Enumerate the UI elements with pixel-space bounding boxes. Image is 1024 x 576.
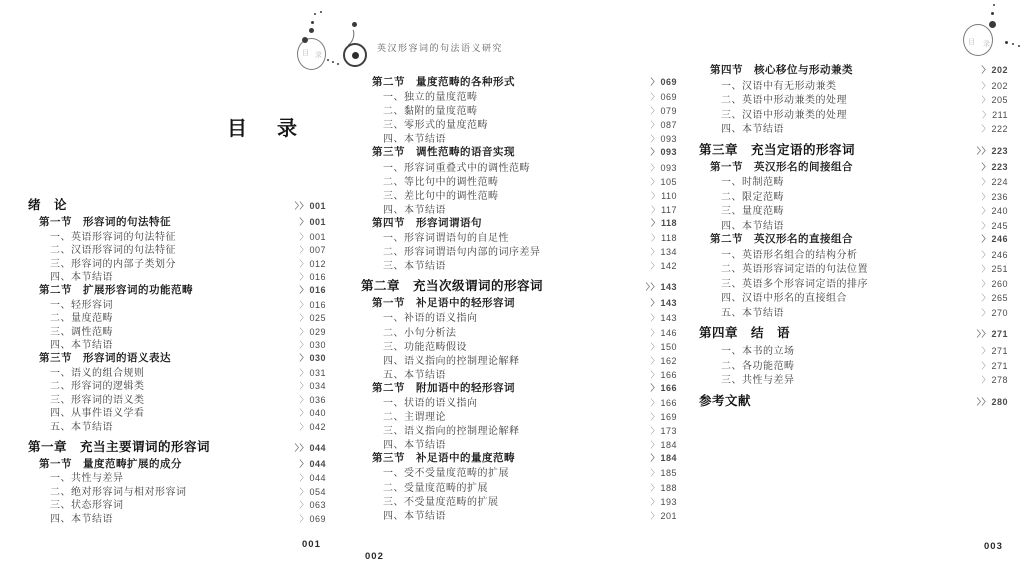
toc-entry-page-number: 〉184 — [650, 452, 677, 464]
leader-chevron-icon: 〉 — [650, 261, 659, 271]
toc-entry-label: 第二节 英汉形名的直接组合 — [710, 231, 853, 246]
toc-entry: 四、本节结语〉016 — [28, 268, 326, 282]
toc-entry: 一、汉语中有无形动兼类〉202 — [699, 77, 1008, 92]
toc-entry-page-number: 〉031 — [299, 367, 326, 379]
toc-entry: 一、英语形容词的句法特征〉001 — [28, 228, 326, 242]
toc-entry-page-number: 〉016 — [299, 271, 326, 283]
toc-entry: 三、不受量度范畴的扩展〉193 — [361, 493, 677, 507]
toc-entry: 二、限定范畴〉236 — [699, 188, 1008, 203]
toc-entry-page-number: 〉143 — [650, 297, 677, 309]
toc-entry: 一、状语的语义指向〉166 — [361, 394, 677, 408]
toc-entry: 一、本书的立场〉271 — [699, 342, 1008, 357]
toc-entry-page-number: 〉271 — [981, 345, 1008, 357]
toc-entry-label: 四、本节结语 — [721, 120, 784, 135]
toc-entry-page-number: 〉110 — [651, 190, 677, 202]
dot-ornament — [314, 13, 316, 15]
toc-entry-page-number: 〉〉223 — [977, 145, 1008, 157]
leader-chevron-icon: 〉 — [981, 279, 990, 289]
toc-entry: 四、语义指向的控制理论解释〉162 — [361, 352, 677, 366]
toc-entry-page-number: 〉222 — [981, 123, 1008, 135]
toc-entry: 二、形容词谓语句内部的词序差异〉134 — [361, 243, 677, 257]
dot-ornament — [1018, 45, 1020, 47]
toc-entry: 二、受量度范畴的扩展〉188 — [361, 479, 677, 493]
toc-entry-page-number: 〉150 — [650, 341, 677, 353]
leader-chevron-icon: 〉 — [651, 205, 660, 215]
toc-entry-page-number: 〉205 — [981, 94, 1008, 106]
toc-entry-page-number: 〉146 — [650, 327, 677, 339]
toc-entry-label: 第一节 英汉形名的间接组合 — [710, 159, 853, 174]
toc-entry-page-number: 〉001 — [299, 231, 326, 243]
toc-entry: 第三章 充当定语的形容词〉〉223 — [699, 140, 1008, 156]
toc-entry-page-number: 〉202 — [981, 80, 1008, 92]
toc-entry-label: 第四节 形容词谓语句 — [372, 215, 482, 230]
toc-entry: 一、形容词重叠式中的调性范畴〉093 — [361, 159, 677, 173]
toc-entry-label: 五、本节结语 — [50, 418, 113, 433]
leader-chevron-icon: 〉 — [650, 483, 659, 493]
toc-entry: 第三节 调性范畴的语音实现〉093 — [361, 144, 677, 158]
toc-entry: 三、语义指向的控制理论解释〉173 — [361, 422, 677, 436]
toc-entry: 第二节 扩展形容词的功能范畴〉016 — [28, 282, 326, 296]
toc-entry: 四、本节结语〉245 — [699, 217, 1008, 232]
toc-entry: 一、形容词谓语句的自足性〉118 — [361, 229, 677, 243]
toc-entry-page-number: 〉054 — [299, 486, 326, 498]
leader-chevron-icon: 〉 — [981, 264, 990, 274]
leader-chevron-icon: 〉 — [650, 342, 659, 352]
toc-entry: 三、共性与差异〉278 — [699, 371, 1008, 386]
toc-entry: 三、形容词的语义类〉036 — [28, 391, 326, 405]
toc-entry: 二、小句分析法〉146 — [361, 324, 677, 338]
toc-entry-label: 四、本节结语 — [721, 217, 784, 232]
leader-chevron-icon: 〉 — [650, 453, 659, 463]
toc-entry-page-number: 〉〉280 — [977, 396, 1008, 408]
toc-entry-label: 三、量度范畴 — [721, 202, 784, 217]
leader-chevron-icon: 〉 — [651, 233, 660, 243]
toc-entry-label: 三、语义指向的控制理论解释 — [383, 422, 520, 437]
toc-entry: 一、共性与差异〉044 — [28, 469, 326, 483]
leader-chevron-icon: 〉 — [299, 459, 308, 469]
toc-entry-page-number: 〉069 — [650, 76, 677, 88]
toc-entry: 二、英语中形动兼类的处理〉205 — [699, 91, 1008, 106]
toc-entry: 三、差比句中的调性范畴〉110 — [361, 187, 677, 201]
leader-chevron-icon: 〉 — [981, 177, 990, 187]
toc-entry-label: 第三节 调性范畴的语音实现 — [372, 144, 515, 159]
leader-chevron-icon: 〉 — [299, 368, 308, 378]
leader-chevron-icon: 〉 — [299, 353, 308, 363]
leader-chevron-icon: 〉 — [299, 395, 308, 405]
leader-chevron-icon: 〉 — [981, 192, 990, 202]
toc-entry-page-number: 〉030 — [299, 339, 326, 351]
leader-chevron-icon: 〉 — [650, 370, 659, 380]
toc-entry-page-number: 〉278 — [981, 374, 1008, 386]
toc-entry: 二、黏附的量度范畴〉079 — [361, 102, 677, 116]
toc-title: 目 录 — [227, 112, 302, 141]
toc-entry: 二、英语形容词定语的句法位置〉251 — [699, 260, 1008, 275]
toc-entry-page-number: 〉245 — [981, 220, 1008, 232]
toc-entry: 三、状态形容词〉063 — [28, 496, 326, 510]
leader-chevron-icon: 〉 — [650, 147, 659, 157]
toc-entry-page-number: 〉093 — [650, 162, 677, 174]
leader-chevron-icon: 〉 — [981, 293, 990, 303]
toc-entry: 三、零形式的量度范畴〉087 — [361, 116, 677, 130]
toc-entry-page-number: 〉034 — [299, 380, 326, 392]
leader-chevron-icon: 〉 — [299, 381, 308, 391]
leader-chevron-icon: 〉 — [650, 163, 659, 173]
leader-chevron-icon: 〉 — [981, 308, 990, 318]
toc-entry-page-number: 〉016 — [299, 284, 326, 296]
toc-entry-label: 一、受不受量度范畴的扩展 — [383, 464, 509, 479]
toc-entry-page-number: 〉166 — [650, 369, 677, 381]
leader-chevron-icon: 〉 — [299, 300, 308, 310]
leader-chevron-icon: 〉 — [650, 77, 659, 87]
toc-column-page-001: 绪 论〉〉001第一节 形容词的句法特征〉001一、英语形容词的句法特征〉001… — [28, 190, 326, 523]
toc-entry: 二、主谓理论〉169 — [361, 408, 677, 422]
leader-chevron-icon: 〉 — [981, 361, 990, 371]
page-number: 002 — [365, 551, 384, 562]
page-number: 003 — [984, 541, 1003, 552]
toc-entry-page-number: 〉〉271 — [977, 328, 1008, 340]
leader-chevron-icon: 〉 — [650, 426, 659, 436]
leader-chevron-icon: 〉 — [299, 217, 308, 227]
toc-entry: 二、形容词的逻辑类〉034 — [28, 377, 326, 391]
dot-ornament — [302, 37, 308, 43]
toc-entry-page-number: 〉〉044 — [295, 442, 326, 454]
toc-entry-page-number: 〉224 — [981, 176, 1008, 188]
toc-entry-page-number: 〉143 — [650, 312, 677, 324]
leader-chevron-icon: 〉〉 — [977, 329, 991, 339]
toc-entry: 一、英语形名组合的结构分析〉246 — [699, 246, 1008, 261]
toc-spread: 目 录 英汉形容词的句法语义研究 目 录 目 录 绪 论〉〉001第一节 形容词… — [0, 0, 1024, 576]
toc-entry-page-number: 〉105 — [650, 176, 677, 188]
toc-entry: 第一节 英汉形名的间接组合〉223 — [699, 159, 1008, 174]
dot-ornament — [309, 28, 314, 33]
toc-entry-label: 五、本节结语 — [383, 366, 446, 381]
toc-entry-page-number: 〉044 — [299, 472, 326, 484]
toc-entry-page-number: 〉117 — [651, 204, 677, 216]
toc-entry-page-number: 〉〉143 — [646, 281, 677, 293]
leader-chevron-icon: 〉 — [650, 383, 659, 393]
toc-entry-page-number: 〉236 — [981, 191, 1008, 203]
toc-entry-page-number: 〉142 — [650, 260, 677, 272]
toc-entry-label: 一、独立的量度范畴 — [383, 88, 478, 103]
leader-chevron-icon: 〉 — [299, 422, 308, 432]
toc-entry: 第三节 补足语中的量度范畴〉184 — [361, 450, 677, 464]
toc-entry-page-number: 〉169 — [650, 411, 677, 423]
toc-entry: 四、汉语中形名的直接组合〉265 — [699, 289, 1008, 304]
toc-entry-page-number: 〉166 — [650, 382, 677, 394]
leader-chevron-icon: 〉〉 — [295, 201, 309, 211]
toc-entry-label: 四、语义指向的控制理论解释 — [383, 352, 520, 367]
toc-entry: 第一章 充当主要谓词的形容词〉〉044 — [28, 437, 326, 453]
toc-entry: 一、语义的组合规则〉031 — [28, 364, 326, 378]
toc-entry-label: 二、英语中形动兼类的处理 — [721, 91, 847, 106]
toc-entry-label: 二、受量度范畴的扩展 — [383, 479, 488, 494]
leader-chevron-icon: 〉 — [651, 191, 660, 201]
toc-entry-page-number: 〉270 — [981, 307, 1008, 319]
toc-entry-label: 三、汉语中形动兼类的处理 — [721, 106, 847, 121]
leader-chevron-icon: 〉 — [982, 110, 991, 120]
toc-entry-label: 二、限定范畴 — [721, 188, 784, 203]
toc-entry-label: 第四节 核心移位与形动兼类 — [710, 62, 853, 77]
dot-ornament — [320, 11, 322, 13]
toc-entry: 四、本节结语〉030 — [28, 336, 326, 350]
toc-entry-page-number: 〉044 — [299, 458, 326, 470]
dot-ornament — [1012, 43, 1014, 45]
leader-chevron-icon: 〉 — [981, 375, 990, 385]
toc-entry-label: 三、共性与差异 — [721, 371, 795, 386]
leader-chevron-icon: 〉 — [981, 124, 990, 134]
toc-entry-page-number: 〉093 — [650, 146, 677, 158]
toc-entry-page-number: 〉223 — [981, 161, 1008, 173]
toc-entry-page-number: 〉271 — [981, 360, 1008, 372]
leader-chevron-icon: 〉 — [650, 134, 659, 144]
toc-entry: 二、等比句中的调性范畴〉105 — [361, 173, 677, 187]
leader-chevron-icon: 〉 — [299, 259, 308, 269]
toc-entry: 第四节 形容词谓语句〉118 — [361, 215, 677, 229]
toc-entry-label: 参考文献 — [699, 391, 751, 409]
toc-entry: 一、时制范畴〉224 — [699, 173, 1008, 188]
toc-entry-page-number: 〉202 — [981, 64, 1008, 76]
running-header: 英汉形容词的句法语义研究 — [377, 41, 503, 54]
toc-entry: 四、从事件语义学看〉040 — [28, 404, 326, 418]
toc-entry: 四、本节结语〉117 — [361, 201, 677, 215]
dot-ornament — [1005, 41, 1008, 44]
toc-entry: 二、量度范畴〉025 — [28, 309, 326, 323]
toc-entry-label: 第二节 量度范畴的各种形式 — [372, 74, 515, 89]
leader-chevron-icon: 〉 — [650, 356, 659, 366]
toc-entry-page-number: 〉173 — [650, 425, 677, 437]
toc-entry: 二、汉语形容词的句法特征〉007 — [28, 241, 326, 255]
toc-entry: 第二节 量度范畴的各种形式〉069 — [361, 74, 677, 88]
toc-entry-page-number: 〉012 — [299, 258, 326, 270]
toc-entry-page-number: 〉079 — [650, 105, 677, 117]
leader-chevron-icon: 〉 — [299, 340, 308, 350]
toc-entry-page-number: 〉029 — [299, 326, 326, 338]
leader-chevron-icon: 〉 — [650, 412, 659, 422]
toc-entry-label: 二、英语形容词定语的句法位置 — [721, 260, 868, 275]
logo-glyph: 录 — [315, 52, 322, 59]
toc-entry: 三、形容词的内部子类划分〉012 — [28, 255, 326, 269]
toc-entry-page-number: 〉093 — [650, 133, 677, 145]
toc-entry-page-number: 〉251 — [981, 263, 1008, 275]
toc-entry-label: 一、形容词重叠式中的调性范畴 — [383, 159, 530, 174]
leader-chevron-icon: 〉〉 — [977, 146, 991, 156]
toc-entry: 三、调性范畴〉029 — [28, 323, 326, 337]
toc-entry-page-number: 〉042 — [299, 421, 326, 433]
toc-entry: 四、本节结语〉069 — [28, 510, 326, 524]
leader-chevron-icon: 〉 — [650, 468, 659, 478]
toc-entry-label: 第三节 补足语中的量度范畴 — [372, 450, 515, 465]
toc-entry-page-number: 〉087 — [650, 119, 677, 131]
leader-chevron-icon: 〉 — [981, 250, 990, 260]
toc-entry: 一、补语的语义指向〉143 — [361, 309, 677, 323]
toc-entry-page-number: 〉〉001 — [295, 200, 326, 212]
toc-entry-page-number: 〉240 — [981, 205, 1008, 217]
toc-entry-page-number: 〉134 — [650, 246, 677, 258]
leader-chevron-icon: 〉 — [650, 177, 659, 187]
toc-entry-page-number: 〉069 — [650, 91, 677, 103]
toc-entry: 第二节 英汉形名的直接组合〉246 — [699, 231, 1008, 246]
toc-entry: 三、功能范畴假设〉150 — [361, 338, 677, 352]
toc-entry-label: 四、本节结语 — [383, 507, 446, 522]
toc-entry-page-number: 〉193 — [650, 496, 677, 508]
leader-chevron-icon: 〉 — [299, 500, 308, 510]
dot-ornament — [327, 59, 329, 61]
toc-entry-label: 二、等比句中的调性范畴 — [383, 173, 499, 188]
toc-entry: 第一节 形容词的句法特征〉001 — [28, 214, 326, 228]
logo-glyph: 录 — [983, 41, 990, 48]
toc-entry-page-number: 〉025 — [299, 312, 326, 324]
toc-entry-page-number: 〉211 — [982, 109, 1008, 121]
toc-entry-page-number: 〉188 — [650, 482, 677, 494]
leader-chevron-icon: 〉 — [981, 81, 990, 91]
toc-entry: 一、独立的量度范畴〉069 — [361, 88, 677, 102]
dot-ornament — [332, 61, 334, 63]
toc-entry-label: 三、本节结语 — [383, 257, 446, 272]
toc-entry: 参考文献〉〉280 — [699, 391, 1008, 407]
leader-chevron-icon: 〉 — [650, 328, 659, 338]
toc-entry-label: 三、英语多个形容词定语的排序 — [721, 275, 868, 290]
logo-glyph: 目 — [302, 50, 309, 57]
toc-entry-page-number: 〉166 — [650, 397, 677, 409]
toc-entry: 三、汉语中形动兼类的处理〉211 — [699, 106, 1008, 121]
toc-entry-page-number: 〉063 — [299, 499, 326, 511]
toc-entry-label: 一、时制范畴 — [721, 173, 784, 188]
dot-ornament — [311, 21, 314, 24]
toc-entry: 四、本节结语〉201 — [361, 507, 677, 521]
toc-entry: 四、本节结语〉222 — [699, 120, 1008, 135]
toc-entry-label: 四、本节结语 — [383, 436, 446, 451]
leader-chevron-icon: 〉 — [299, 313, 308, 323]
logo-glyph: 目 — [968, 39, 975, 46]
toc-entry-label: 第一章 充当主要谓词的形容词 — [28, 437, 210, 455]
toc-entry-page-number: 〉260 — [981, 278, 1008, 290]
toc-entry: 一、轻形容词〉016 — [28, 296, 326, 310]
toc-entry-page-number: 〉016 — [299, 299, 326, 311]
toc-entry-label: 二、形容词谓语句内部的词序差异 — [383, 243, 541, 258]
toc-entry: 三、英语多个形容词定语的排序〉260 — [699, 275, 1008, 290]
toc-entry-page-number: 〉030 — [299, 352, 326, 364]
toc-entry: 五、本节结语〉270 — [699, 304, 1008, 319]
toc-entry-page-number: 〉185 — [650, 467, 677, 479]
toc-column-page-002: 第二节 量度范畴的各种形式〉069一、独立的量度范畴〉069二、黏附的量度范畴〉… — [361, 74, 677, 521]
leader-chevron-icon: 〉 — [650, 398, 659, 408]
toc-entry-page-number: 〉007 — [299, 244, 326, 256]
leader-chevron-icon: 〉〉 — [646, 282, 660, 292]
toc-entry: 五、本节结语〉166 — [361, 366, 677, 380]
toc-entry-label: 第二节 附加语中的轻形容词 — [372, 380, 515, 395]
toc-entry-label: 二、黏附的量度范畴 — [383, 102, 478, 117]
leader-chevron-icon: 〉 — [650, 497, 659, 507]
leader-chevron-icon: 〉 — [651, 218, 660, 228]
leader-chevron-icon: 〉 — [299, 487, 308, 497]
toc-entry-label: 第一节 补足语中的轻形容词 — [372, 295, 515, 310]
toc-entry-page-number: 〉201 — [650, 510, 677, 522]
toc-entry-label: 一、形容词谓语句的自足性 — [383, 229, 509, 244]
leader-chevron-icon: 〉 — [299, 514, 308, 524]
toc-entry: 一、受不受量度范畴的扩展〉185 — [361, 464, 677, 478]
leader-chevron-icon: 〉 — [299, 232, 308, 242]
toc-entry: 第二节 附加语中的轻形容词〉166 — [361, 380, 677, 394]
toc-entry-page-number: 〉036 — [299, 394, 326, 406]
toc-entry: 第四节 核心移位与形动兼类〉202 — [699, 62, 1008, 77]
toc-entry-label: 四、本节结语 — [383, 201, 446, 216]
toc-entry-page-number: 〉118 — [651, 217, 677, 229]
toc-entry-label: 一、英语形名组合的结构分析 — [721, 246, 858, 261]
toc-entry-page-number: 〉265 — [981, 292, 1008, 304]
dot-ornament — [993, 4, 995, 6]
leader-chevron-icon: 〉 — [299, 245, 308, 255]
toc-entry: 三、本节结语〉142 — [361, 257, 677, 271]
toc-entry: 第二章 充当次级谓词的形容词〉〉143 — [361, 276, 677, 292]
toc-entry: 第四章 结 语〉〉271 — [699, 323, 1008, 339]
leader-chevron-icon: 〉 — [650, 511, 659, 521]
target-icon — [343, 43, 367, 67]
toc-entry-label: 一、状语的语义指向 — [383, 394, 478, 409]
toc-entry-page-number: 〉001 — [299, 216, 326, 228]
dot-ornament — [989, 21, 996, 28]
leader-chevron-icon: 〉〉 — [977, 397, 991, 407]
toc-entry-label: 三、零形式的量度范畴 — [383, 116, 488, 131]
toc-entry: 四、本节结语〉184 — [361, 436, 677, 450]
leader-chevron-icon: 〉 — [299, 285, 308, 295]
toc-entry: 第一节 量度范畴扩展的成分〉044 — [28, 456, 326, 470]
leader-chevron-icon: 〉 — [981, 221, 990, 231]
leader-chevron-icon: 〉 — [650, 106, 659, 116]
toc-entry-label: 四、本节结语 — [50, 510, 113, 525]
leader-chevron-icon: 〉 — [981, 95, 990, 105]
leader-chevron-icon: 〉 — [299, 272, 308, 282]
toc-column-page-003: 第四节 核心移位与形动兼类〉202一、汉语中有无形动兼类〉202二、英语中形动兼… — [699, 62, 1008, 410]
dot-ornament — [352, 22, 357, 27]
leader-chevron-icon: 〉 — [299, 327, 308, 337]
toc-entry-label: 四、汉语中形名的直接组合 — [721, 289, 847, 304]
toc-entry-label: 二、主谓理论 — [383, 408, 446, 423]
toc-entry-label: 第三章 充当定语的形容词 — [699, 140, 855, 158]
dot-ornament — [337, 63, 339, 65]
toc-entry-label: 第四章 结 语 — [699, 323, 790, 341]
leader-chevron-icon: 〉 — [650, 440, 659, 450]
toc-entry-label: 一、汉语中有无形动兼类 — [721, 77, 837, 92]
toc-entry-label: 三、功能范畴假设 — [383, 338, 467, 353]
leader-chevron-icon: 〉 — [650, 92, 659, 102]
toc-entry-label: 二、各功能范畴 — [721, 357, 795, 372]
leader-chevron-icon: 〉 — [650, 120, 659, 130]
leader-chevron-icon: 〉 — [981, 346, 990, 356]
toc-entry-page-number: 〉162 — [650, 355, 677, 367]
leader-chevron-icon: 〉 — [981, 65, 990, 75]
toc-entry-page-number: 〉069 — [299, 513, 326, 525]
toc-entry-label: 绪 论 — [28, 195, 67, 213]
leader-chevron-icon: 〉 — [299, 473, 308, 483]
toc-entry: 二、各功能范畴〉271 — [699, 357, 1008, 372]
toc-entry: 三、量度范畴〉240 — [699, 202, 1008, 217]
leader-chevron-icon: 〉 — [981, 234, 990, 244]
leader-chevron-icon: 〉 — [650, 247, 659, 257]
dot-ornament — [991, 12, 994, 15]
toc-entry: 二、绝对形容词与相对形容词〉054 — [28, 483, 326, 497]
toc-entry-label: 一、补语的语义指向 — [383, 309, 478, 324]
toc-entry-label: 五、本节结语 — [721, 304, 784, 319]
leader-chevron-icon: 〉〉 — [295, 443, 309, 453]
leader-chevron-icon: 〉 — [299, 408, 308, 418]
toc-entry: 绪 论〉〉001 — [28, 195, 326, 211]
toc-entry-label: 一、本书的立场 — [721, 342, 795, 357]
leader-chevron-icon: 〉 — [650, 298, 659, 308]
leader-chevron-icon: 〉 — [981, 206, 990, 216]
toc-entry: 五、本节结语〉042 — [28, 418, 326, 432]
toc-entry-label: 三、不受量度范畴的扩展 — [383, 493, 499, 508]
toc-entry-label: 三、差比句中的调性范畴 — [383, 187, 499, 202]
